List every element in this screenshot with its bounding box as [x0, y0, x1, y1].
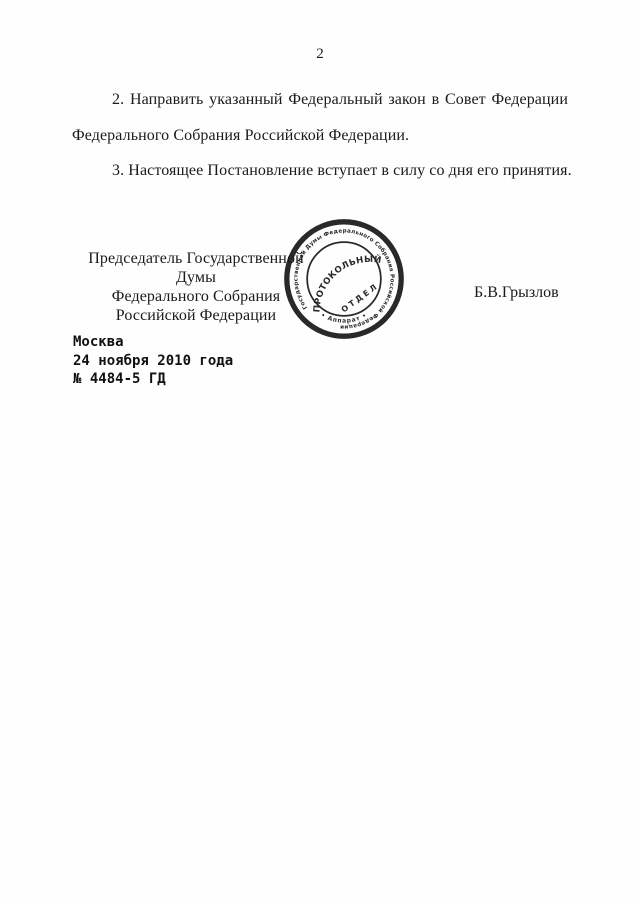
footer-city: Москва: [73, 333, 233, 352]
footer-document-number: № 4484-5 ГД: [73, 370, 233, 389]
page-number: 2: [0, 46, 640, 63]
footer-block: Москва 24 ноября 2010 года № 4484-5 ГД: [73, 333, 233, 389]
footer-date: 24 ноября 2010 года: [73, 352, 233, 371]
paragraph-3: 3. Настоящее Постановление вступает в си…: [72, 161, 568, 180]
paragraph-2-line-1: 2. Направить указанный Федеральный закон…: [72, 90, 568, 109]
stamp-center-line-2: ОТДЕЛ: [340, 281, 381, 314]
document-page: 2 2. Направить указанный Федеральный зак…: [0, 0, 640, 905]
protocol-department-stamp: Государственной Думы Федерального Собран…: [281, 216, 407, 342]
signer-name: Б.В.Грызлов: [474, 284, 559, 302]
paragraph-2-line-2: Федерального Собрания Российской Федерац…: [72, 126, 568, 145]
